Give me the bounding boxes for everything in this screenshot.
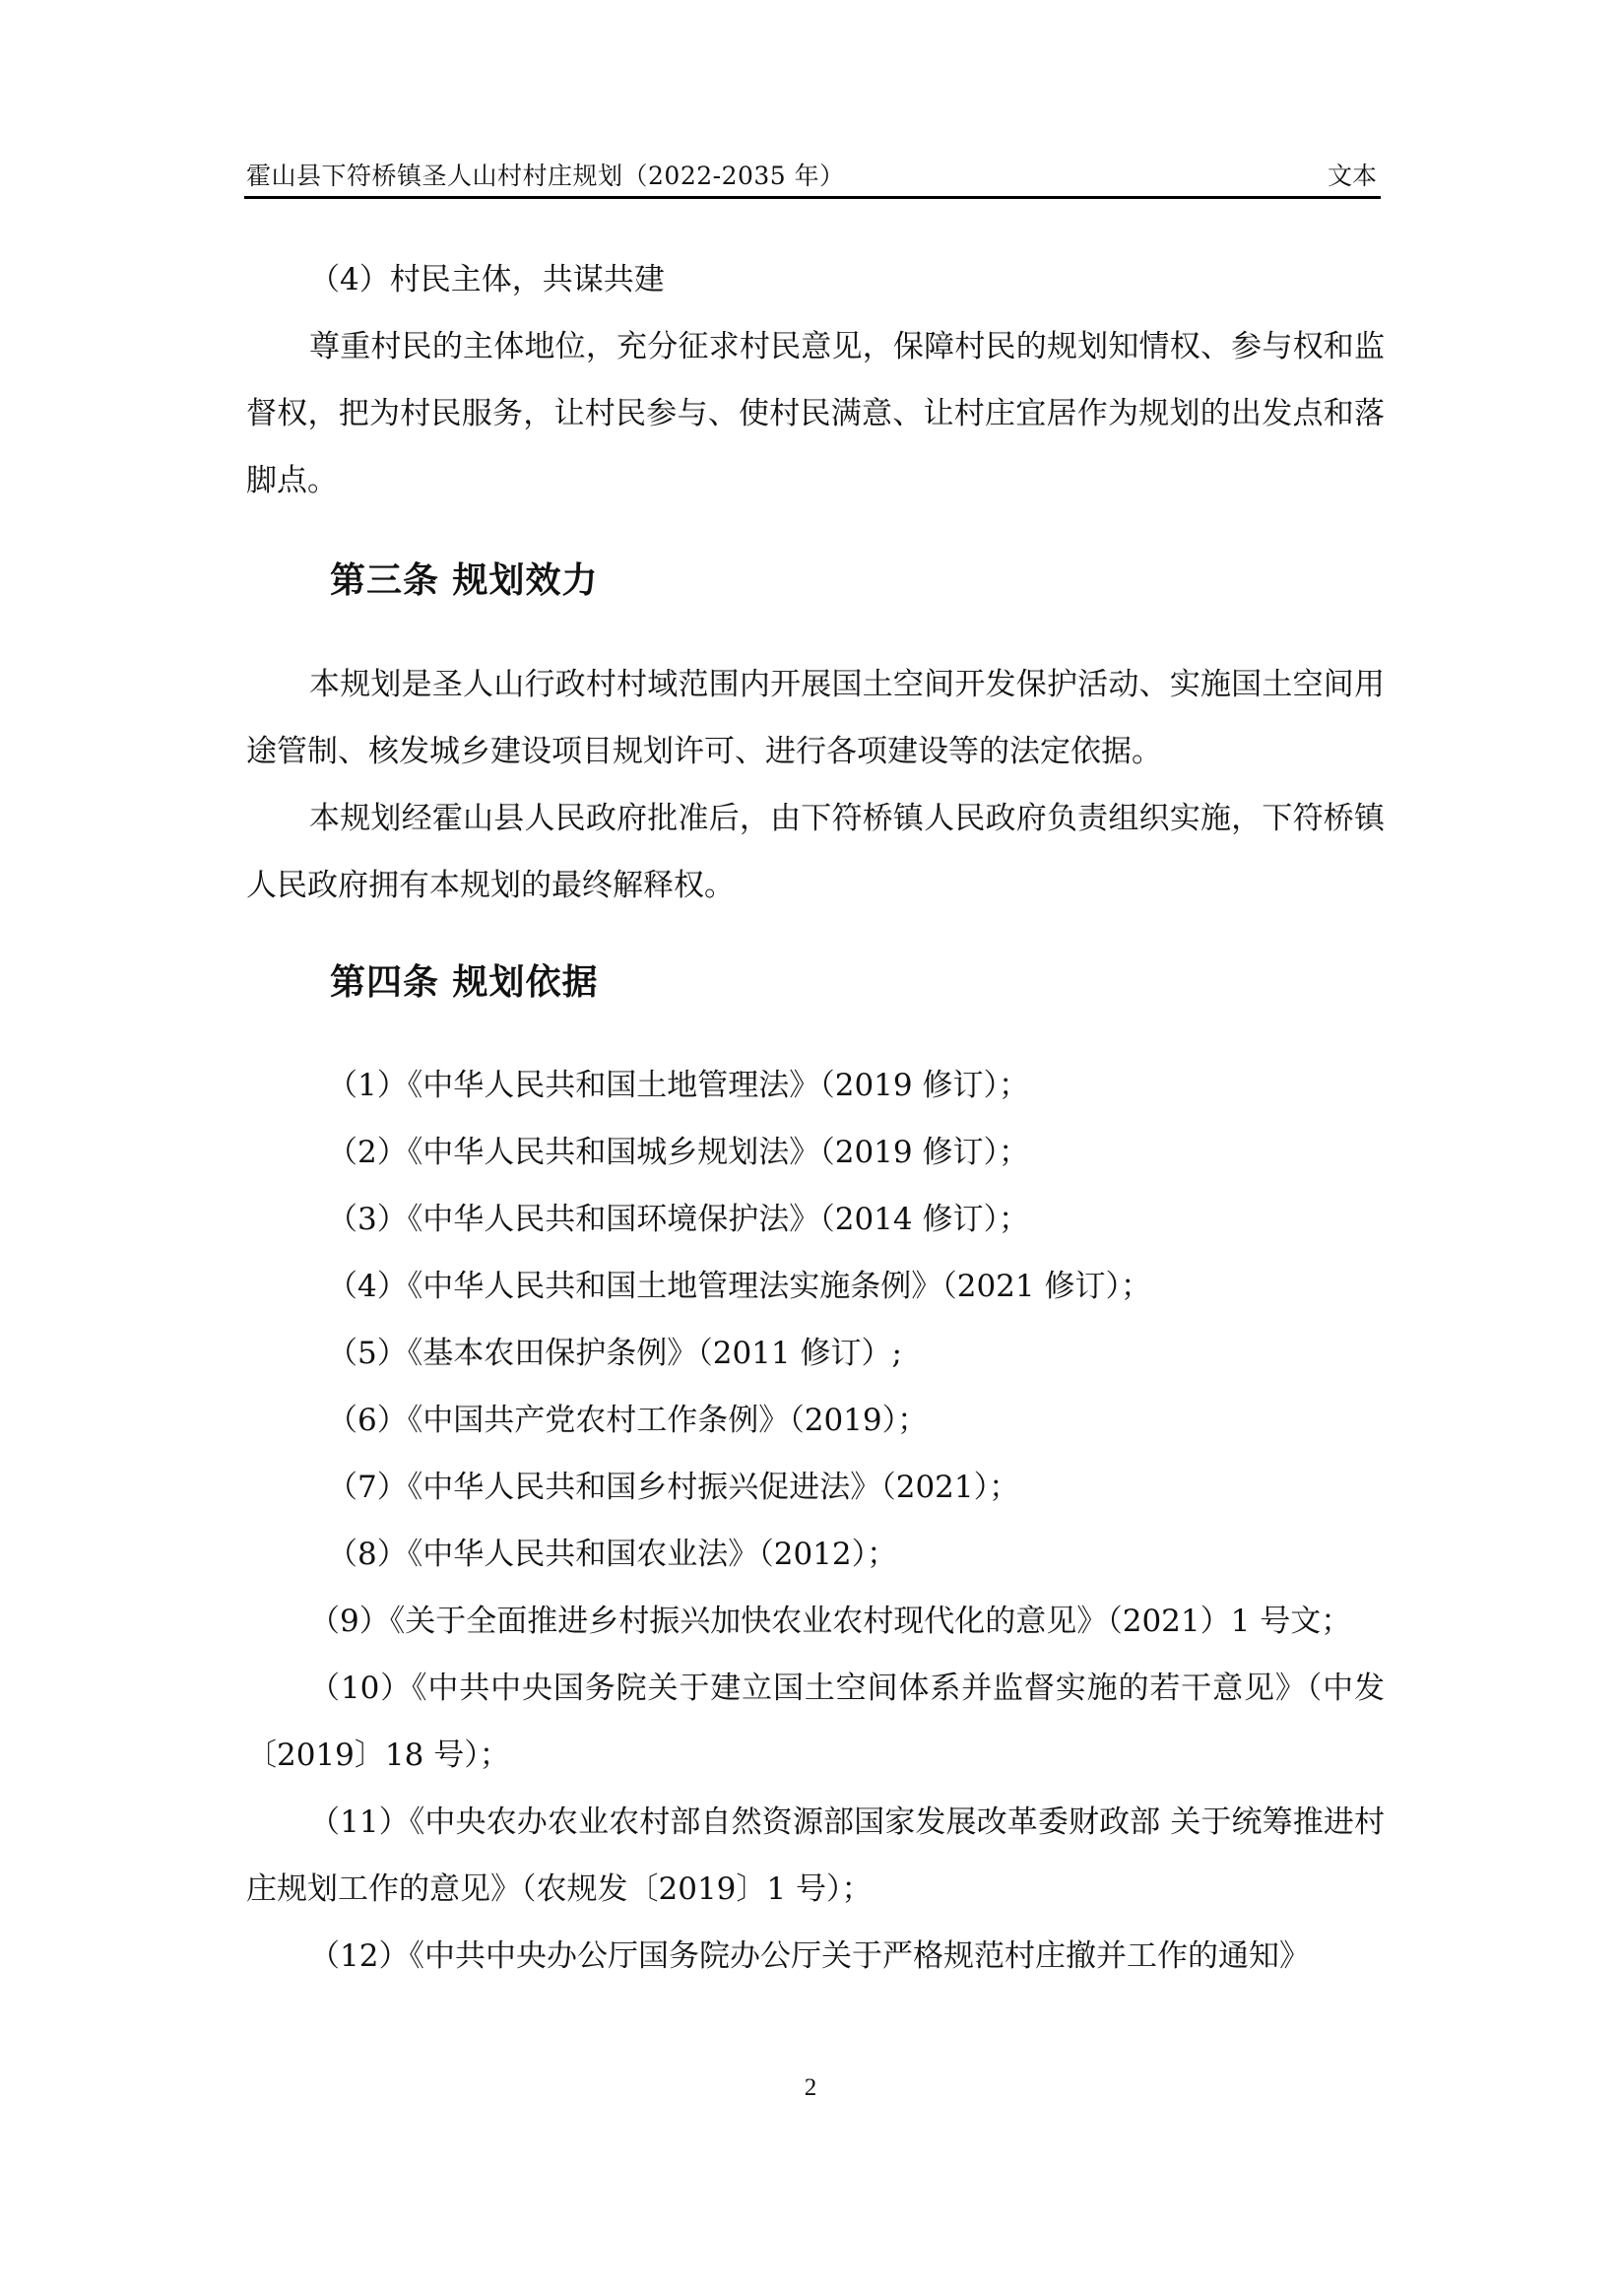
- basis-list-item: （6）《中国共产党农村工作条例》（2019）；: [246, 1387, 1385, 1454]
- basis-list-item: （3）《中华人民共和国环境保护法》（2014 修订）；: [246, 1186, 1385, 1253]
- document-page: 霍山县下符桥镇圣人山村村庄规划（2022-2035 年） 文本 （4）村民主体，…: [0, 0, 1621, 2296]
- basis-list-item: （2）《中华人民共和国城乡规划法》（2019 修订）；: [246, 1119, 1385, 1186]
- basis-list-item: （12）《中共中央办公厅国务院办公厅关于严格规范村庄撤并工作的通知》: [246, 1923, 1385, 1990]
- basis-list-item: （4）《中华人民共和国土地管理法实施条例》（2021 修订）；: [246, 1253, 1385, 1320]
- article-3-paragraph: 本规划经霍山县人民政府批准后，由下符桥镇人民政府负责组织实施，下符桥镇人民政府拥…: [246, 785, 1385, 919]
- basis-list-item: （7）《中华人民共和国乡村振兴促进法》（2021）；: [246, 1454, 1385, 1521]
- basis-list-item: （10）《中共中央国务院关于建立国土空间体系并监督实施的若干意见》（中发〔201…: [246, 1655, 1385, 1789]
- header-title: 霍山县下符桥镇圣人山村村庄规划（2022-2035 年）: [246, 162, 845, 191]
- basis-list-item: （1）《中华人民共和国土地管理法》（2019 修订）；: [246, 1052, 1385, 1119]
- article-3-body: 本规划是圣人山行政村村域范围内开展国土空间开发保护活动、实施国土空间用途管制、核…: [246, 651, 1385, 919]
- page-header: 霍山县下符桥镇圣人山村村庄规划（2022-2035 年） 文本: [244, 158, 1381, 199]
- basis-list-item: （11）《中央农办农业农村部自然资源部国家发展改革委财政部 关于统筹推进村庄规划…: [246, 1789, 1385, 1923]
- header-rule: [244, 196, 1381, 199]
- article-4-heading: 第四条 规划依据: [330, 961, 599, 1005]
- principle-section: （4）村民主体，共谋共建 尊重村民的主体地位，充分征求村民意见，保障村民的规划知…: [246, 246, 1385, 514]
- principle-paragraph: 尊重村民的主体地位，充分征求村民意见，保障村民的规划知情权、参与权和监督权，把为…: [246, 313, 1385, 514]
- article-3-paragraph: 本规划是圣人山行政村村域范围内开展国土空间开发保护活动、实施国土空间用途管制、核…: [246, 651, 1385, 785]
- basis-list-item: （5）《基本农田保护条例》（2011 修订）;: [246, 1320, 1385, 1387]
- principle-subtitle: （4）村民主体，共谋共建: [246, 246, 1385, 313]
- basis-list-item: （9）《关于全面推进乡村振兴加快农业农村现代化的意见》（2021）1 号文；: [246, 1588, 1385, 1655]
- page-number: 2: [0, 2073, 1621, 2103]
- article-3-heading: 第三条 规划效力: [330, 559, 599, 603]
- header-doc-type: 文本: [1328, 162, 1377, 191]
- basis-list-item: （8）《中华人民共和国农业法》（2012）；: [246, 1521, 1385, 1588]
- article-4-list: （1）《中华人民共和国土地管理法》（2019 修订）； （2）《中华人民共和国城…: [246, 1052, 1385, 1990]
